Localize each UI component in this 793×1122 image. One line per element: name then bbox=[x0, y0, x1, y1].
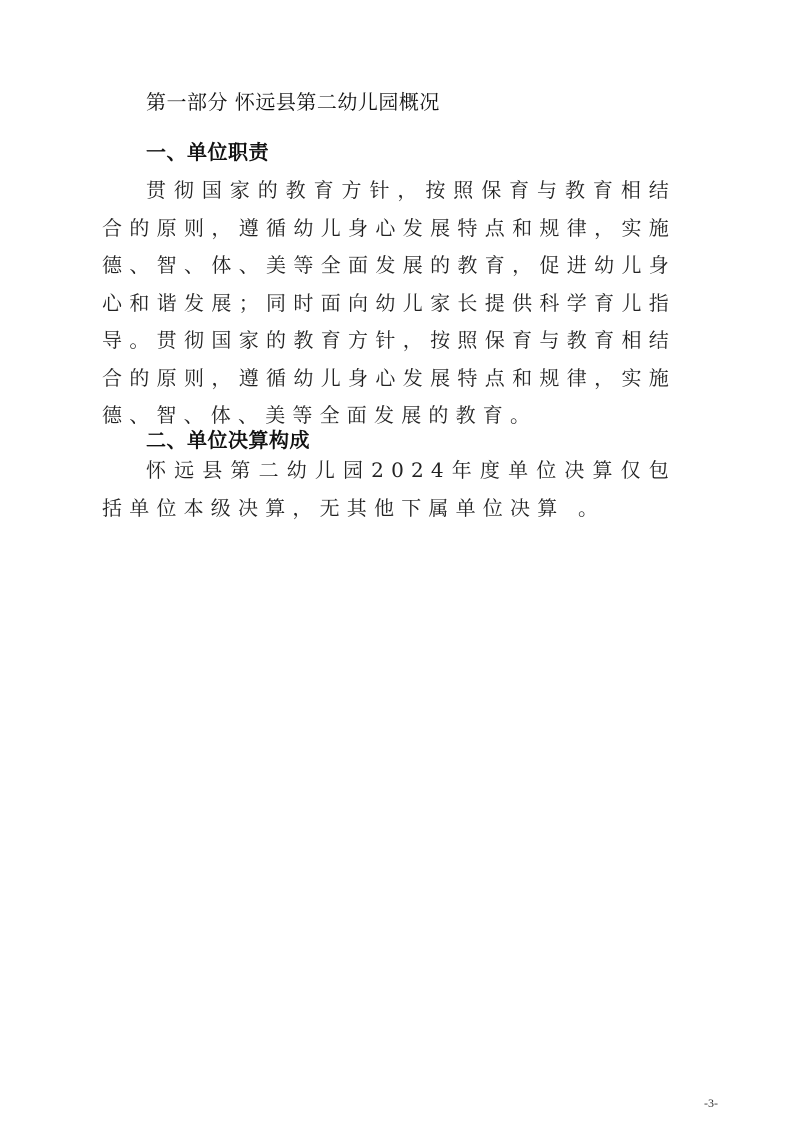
part-title: 第一部分 怀远县第二幼儿园概况 bbox=[146, 86, 440, 115]
section-heading-budget-composition: 二、单位决算构成 bbox=[146, 424, 310, 453]
page-number: -3- bbox=[704, 1096, 718, 1111]
paragraph-unit-duties: 贯彻国家的教育方针，按照保育与教育相结合的原则，遵循幼儿身心发展特点和规律，实施… bbox=[102, 172, 676, 435]
document-page: 第一部分 怀远县第二幼儿园概况 一、单位职责 贯彻国家的教育方针，按照保育与教育… bbox=[0, 0, 793, 1122]
section-heading-unit-duties: 一、单位职责 bbox=[146, 136, 269, 165]
paragraph-budget-composition: 怀远县第二幼儿园2024年度单位决算仅包括单位本级决算，无其他下属单位决算 。 bbox=[102, 452, 676, 527]
